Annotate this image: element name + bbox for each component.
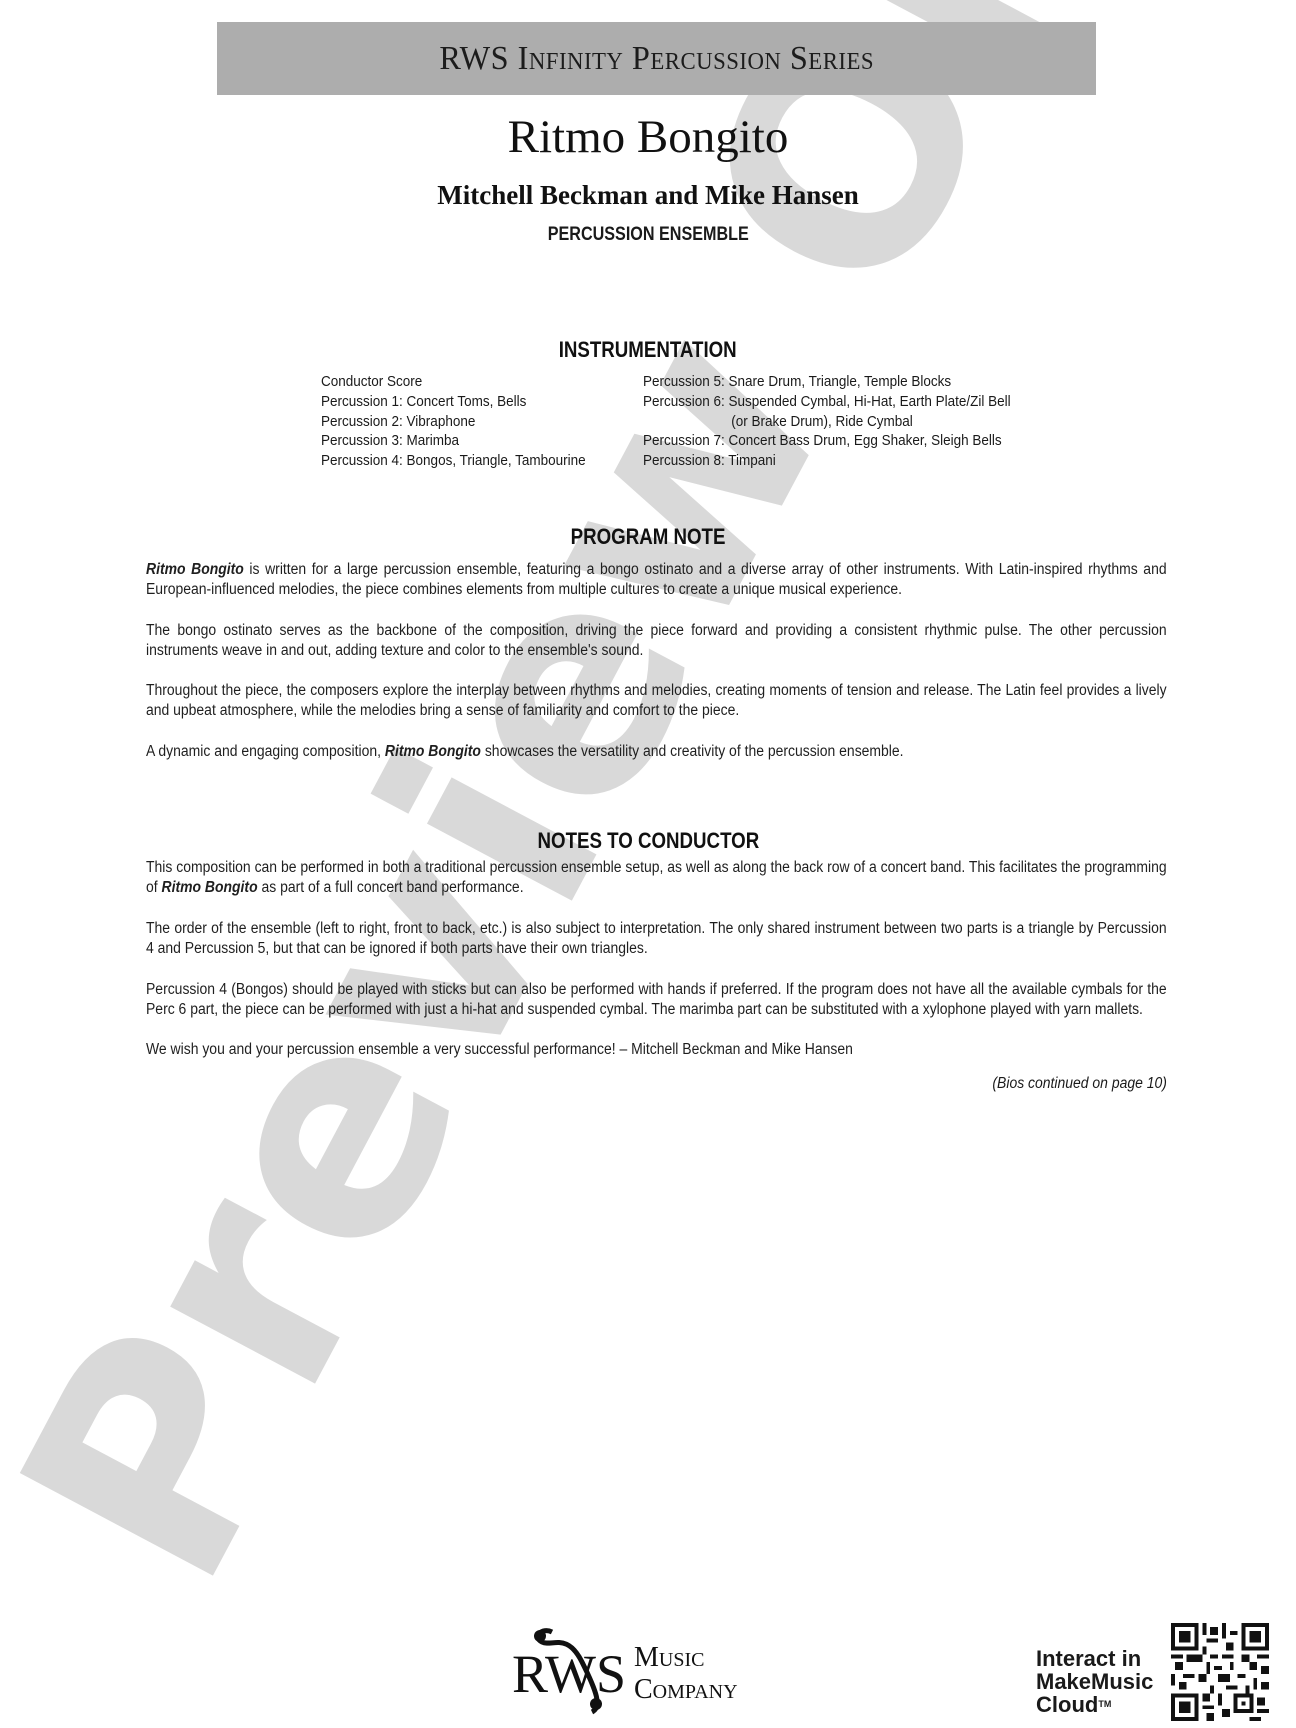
notes-paragraph-4: We wish you and your percussion ensemble…: [146, 1040, 1167, 1060]
notes-to-conductor-heading: NOTES TO CONDUCTOR: [537, 828, 759, 854]
instrument-item: Percussion 4: Bongos, Triangle, Tambouri…: [321, 451, 586, 471]
program-note-paragraph-2: The bongo ostinato serves as the backbon…: [146, 621, 1167, 661]
instrument-item-continued: (or Brake Drum), Ride Cymbal: [643, 412, 1011, 432]
svg-text:RWS: RWS: [512, 1644, 626, 1704]
trademark-symbol: TM: [1098, 1699, 1111, 1709]
piece-title: Ritmo Bongito: [0, 110, 1296, 164]
piece-title-inline: Ritmo Bongito: [162, 879, 258, 896]
ensemble-type-wrap: PERCUSSION ENSEMBLE: [0, 224, 1296, 246]
instrumentation-heading: INSTRUMENTATION: [559, 337, 737, 363]
qr-code-icon[interactable]: [1171, 1623, 1269, 1721]
makemusic-cloud-callout: Interact in MakeMusic CloudTM: [1036, 1647, 1153, 1716]
bios-continued-note: (Bios continued on page 10): [992, 1075, 1167, 1093]
series-title: RWS Infinity Percussion Series: [439, 40, 874, 78]
composers: Mitchell Beckman and Mike Hansen: [0, 180, 1296, 211]
instrumentation-left-column: Conductor Score Percussion 1: Concert To…: [321, 372, 586, 471]
svg-text:Company: Company: [634, 1674, 738, 1705]
notes-paragraph-3: Percussion 4 (Bongos) should be played w…: [146, 980, 1167, 1020]
notes-paragraph-1: This composition can be performed in bot…: [146, 858, 1167, 898]
program-note-paragraph-4: A dynamic and engaging composition, Ritm…: [146, 742, 1167, 762]
instrument-item: Percussion 7: Concert Bass Drum, Egg Sha…: [643, 431, 1011, 451]
rws-music-company-logo: RWS Music Company: [512, 1622, 802, 1718]
program-note-heading: PROGRAM NOTE: [571, 524, 726, 550]
instrument-item: Conductor Score: [321, 372, 586, 392]
program-note-paragraph-1: Ritmo Bongito is written for a large per…: [146, 560, 1167, 600]
instrumentation-heading-wrap: INSTRUMENTATION: [0, 337, 1296, 363]
svg-text:Music: Music: [634, 1642, 704, 1673]
notes-heading-wrap: NOTES TO CONDUCTOR: [0, 828, 1296, 854]
instrument-item: Percussion 8: Timpani: [643, 451, 1011, 471]
ensemble-type: PERCUSSION ENSEMBLE: [547, 224, 748, 246]
instrument-item: Percussion 1: Concert Toms, Bells: [321, 392, 586, 412]
instrument-item: Percussion 5: Snare Drum, Triangle, Temp…: [643, 372, 1011, 392]
notes-paragraph-2: The order of the ensemble (left to right…: [146, 919, 1167, 959]
instrument-item: Percussion 2: Vibraphone: [321, 412, 586, 432]
piece-title-inline: Ritmo Bongito: [385, 743, 481, 760]
instrument-item: Percussion 3: Marimba: [321, 431, 586, 451]
series-banner: RWS Infinity Percussion Series: [217, 22, 1096, 95]
instrumentation-right-column: Percussion 5: Snare Drum, Triangle, Temp…: [643, 372, 1011, 471]
instrument-item: Percussion 6: Suspended Cymbal, Hi-Hat, …: [643, 392, 1011, 412]
program-note-paragraph-3: Throughout the piece, the composers expl…: [146, 681, 1167, 721]
piece-title-inline: Ritmo Bongito: [146, 561, 244, 578]
program-note-heading-wrap: PROGRAM NOTE: [0, 524, 1296, 550]
